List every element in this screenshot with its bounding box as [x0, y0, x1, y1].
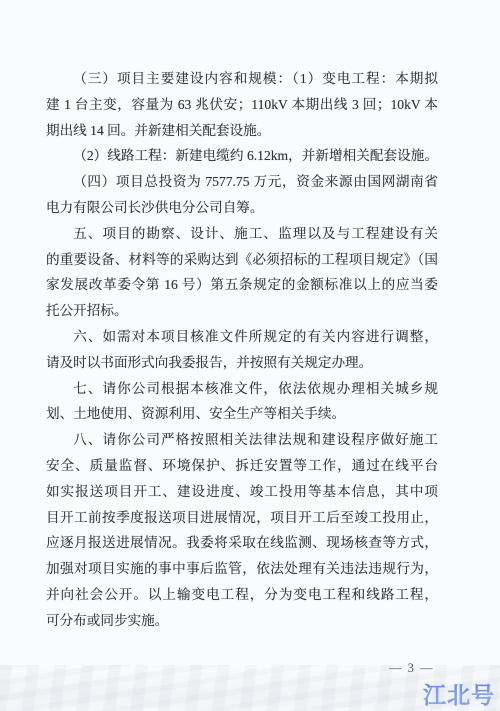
text-line: 可分布或同步实施。 [46, 608, 438, 634]
text-line: 应逐月报送进展情况。我委将采取在线监测、现场核查等方式， [46, 530, 438, 556]
text-line: 加强对项目实施的事中事后监管，依法处理有关违法违规行为， [46, 556, 438, 582]
text-line: 家发展改革委令第 16 号）第五条规定的金额标准以上的应当委 [46, 272, 438, 298]
text-line: 期出线 14 回。并新建相关配套设施。 [46, 118, 438, 144]
text-line: （四）项目总投资为 7577.75 万元，资金来源由国网湖南省 [46, 169, 438, 195]
text-line: （2）线路工程：新建电缆约 6.12km，并新增相关配套设施。 [46, 143, 438, 169]
page-number: — 3 — [389, 661, 434, 676]
text-line: 电力有限公司长沙供电分公司自筹。 [46, 195, 438, 221]
text-line: 建 1 台主变，容量为 63 兆伏安；110kV 本期出线 3 回；10kV 本 [46, 92, 438, 118]
text-line: 划、土地使用、资源利用、安全生产等相关手续。 [46, 401, 438, 427]
text-line: 五、项目的勘察、设计、施工、监理以及与工程建设有关 [46, 221, 438, 247]
text-line: （三）项目主要建设内容和规模：（1）变电工程：本期拟 [46, 66, 438, 92]
text-line: 请及时以书面形式向我委报告，并按照有关规定办理。 [46, 350, 438, 376]
text-line: 安全、质量监督、环境保护、拆迁安置等工作，通过在线平台 [46, 453, 438, 479]
text-line: 如实报送项目开工、建设进度、竣工投用等基本信息，其中项 [46, 479, 438, 505]
text-line: 目开工前按季度报送项目进展情况，项目开工后至竣工投用止， [46, 505, 438, 531]
scanned-document-page: （三）项目主要建设内容和规模：（1）变电工程：本期拟建 1 台主变，容量为 63… [0, 0, 500, 711]
text-line: 七、请你公司根据本核准文件，依法依规办理相关城乡规 [46, 376, 438, 402]
text-line: 的重要设备、材料等的采购达到《必须招标的工程项目规定》（国 [46, 247, 438, 273]
text-line: 六、如需对本项目核准文件所规定的有关内容进行调整， [46, 324, 438, 350]
document-body: （三）项目主要建设内容和规模：（1）变电工程：本期拟建 1 台主变，容量为 63… [46, 66, 438, 634]
text-line: 八、请你公司严格按照相关法律法规和建设程序做好施工 [46, 427, 438, 453]
text-line: 托公开招标。 [46, 298, 438, 324]
text-line: 并向社会公开。以上输变电工程，分为变电工程和线路工程， [46, 582, 438, 608]
watermark-text: 江北号 [423, 677, 495, 710]
